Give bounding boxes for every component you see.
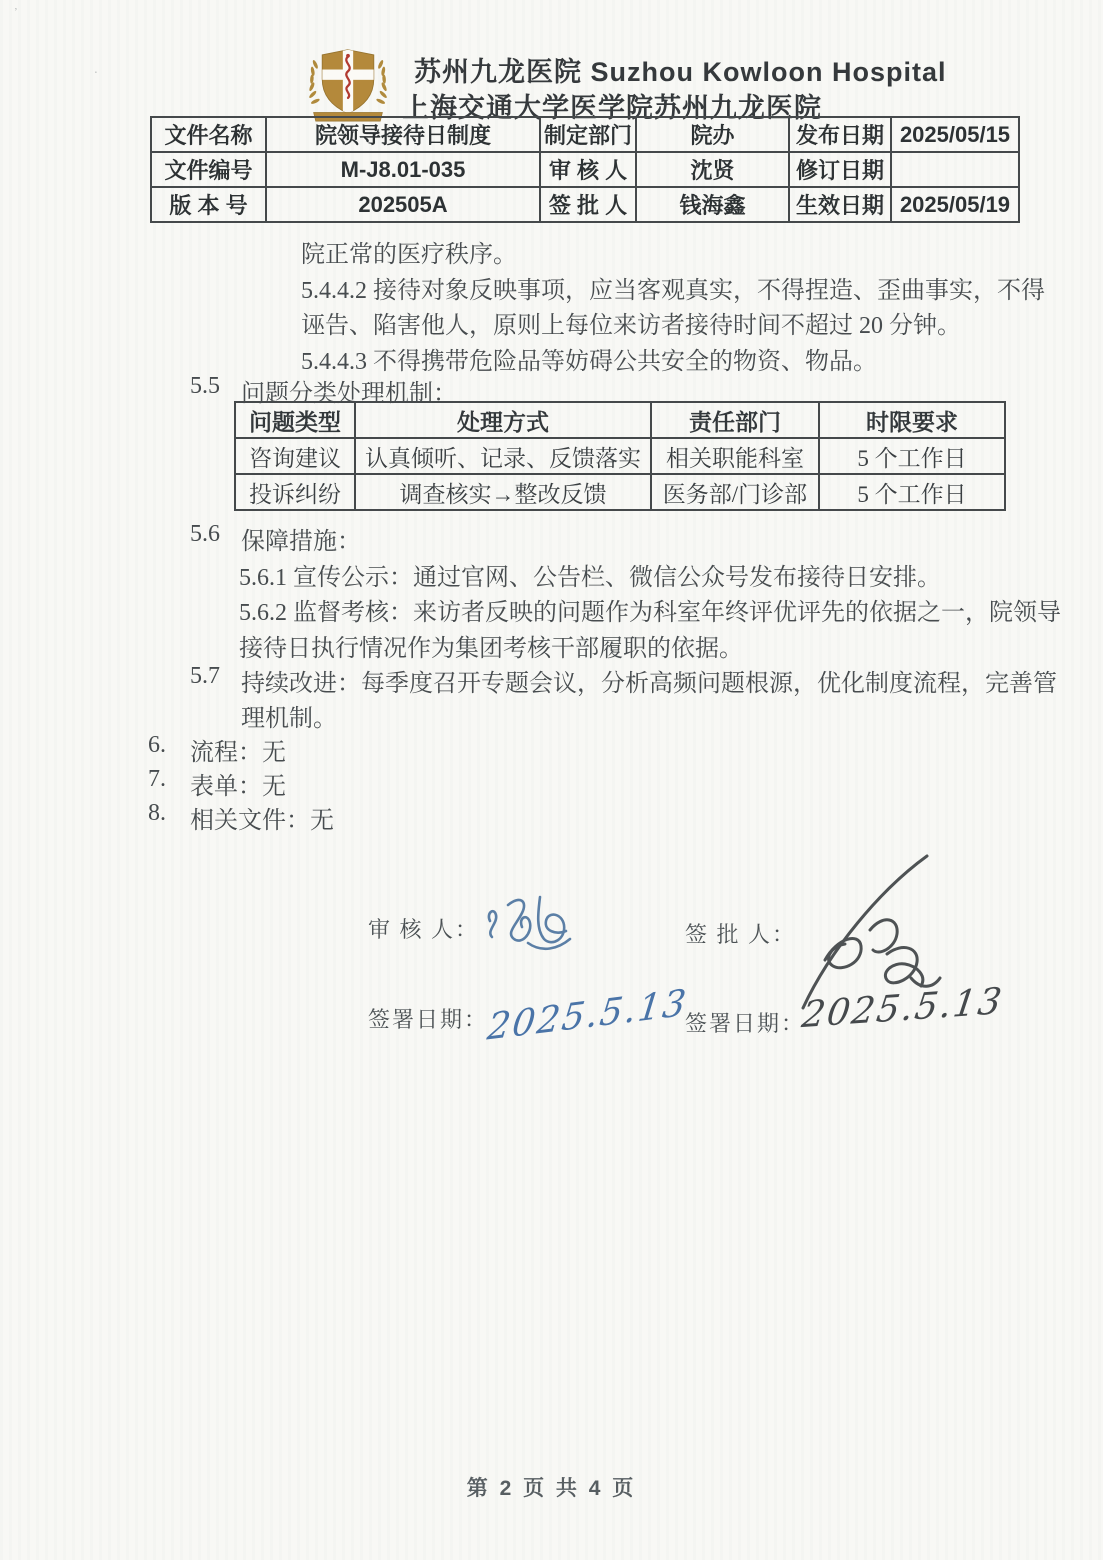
meta-value-approver: 钱海鑫 bbox=[636, 187, 789, 222]
body-carryover-line: 院正常的医疗秩序。 bbox=[301, 234, 517, 269]
reviewer-signature bbox=[478, 882, 578, 954]
meta-label-approver: 签 批 人 bbox=[540, 187, 636, 222]
meta-label-version: 版 本 号 bbox=[151, 187, 266, 222]
issue-cell: 5 个工作日 bbox=[819, 438, 1005, 474]
item-7-text: 表单：无 bbox=[190, 766, 286, 801]
page-number-indicator: 第 2 页 共 4 页 bbox=[0, 1472, 1103, 1502]
reviewer-date-value: 2025.5.13 bbox=[485, 982, 690, 1048]
clause-57-line1: 持续改进：每季度召开专题会议，分析高频问题根源，优化制度流程，完善管 bbox=[241, 663, 1057, 698]
clause-562-line1: 5.6.2 监督考核：来访者反映的问题作为科室年终评优评先的依据之一，院领导 bbox=[239, 592, 1061, 627]
meta-value-issue-date: 2025/05/15 bbox=[891, 117, 1019, 152]
hospital-crest-logo bbox=[305, 46, 391, 124]
issue-row-consult: 咨询建议 认真倾听、记录、反馈落实 相关职能科室 5 个工作日 bbox=[235, 438, 1005, 474]
issue-cell: 相关职能科室 bbox=[651, 438, 819, 474]
clause-56-number: 5.6 bbox=[190, 521, 220, 548]
clause-55-number: 5.5 bbox=[190, 373, 220, 400]
meta-label-doc-number: 文件编号 bbox=[151, 152, 266, 187]
clause-562-line2: 接待日执行情况作为集团考核干部履职的依据。 bbox=[239, 628, 743, 663]
meta-value-doc-number: M-J8.01-035 bbox=[266, 152, 540, 187]
document-meta-table: 文件名称 院领导接待日制度 制定部门 院办 发布日期 2025/05/15 文件… bbox=[150, 116, 1020, 223]
clause-57-number: 5.7 bbox=[190, 663, 220, 690]
issue-handling-table: 问题类型 处理方式 责任部门 时限要求 咨询建议 认真倾听、记录、反馈落实 相关… bbox=[234, 401, 1006, 511]
reviewer-label: 审 核 人： bbox=[368, 913, 479, 944]
meta-label-revision-date: 修订日期 bbox=[789, 152, 891, 187]
issue-cell: 医务部/门诊部 bbox=[651, 474, 819, 510]
issue-table-header-row: 问题类型 处理方式 责任部门 时限要求 bbox=[235, 402, 1005, 438]
issue-cell: 咨询建议 bbox=[235, 438, 355, 474]
meta-value-version: 202505A bbox=[266, 187, 540, 222]
laurel-right bbox=[376, 59, 388, 105]
clause-5442-line1: 5.4.4.2 接待对象反映事项，应当客观真实，不得捏造、歪曲事实，不得 bbox=[301, 270, 1045, 305]
meta-value-drafting-dept: 院办 bbox=[636, 117, 789, 152]
meta-label-issue-date: 发布日期 bbox=[789, 117, 891, 152]
meta-row-1: 文件名称 院领导接待日制度 制定部门 院办 发布日期 2025/05/15 bbox=[151, 117, 1019, 152]
issue-col-method: 处理方式 bbox=[355, 402, 651, 438]
meta-value-revision-date bbox=[891, 152, 1019, 187]
item-8-number: 8. bbox=[148, 800, 166, 827]
meta-value-doc-name: 院领导接待日制度 bbox=[266, 117, 540, 152]
scan-speck: ’ bbox=[14, 6, 18, 18]
issue-cell: 调查核实→整改反馈 bbox=[355, 474, 651, 510]
item-6-number: 6. bbox=[148, 732, 166, 759]
document-page: ’ ⋅ bbox=[0, 0, 1103, 1560]
meta-value-reviewer: 沈贤 bbox=[636, 152, 789, 187]
clause-5443: 5.4.4.3 不得携带危险品等妨碍公共安全的物资、物品。 bbox=[301, 341, 877, 376]
issue-col-deadline: 时限要求 bbox=[819, 402, 1005, 438]
clause-561: 5.6.1 宣传公示：通过官网、公告栏、微信公众号发布接待日安排。 bbox=[239, 557, 941, 592]
hospital-title-line1: 苏州九龙医院 Suzhou Kowloon Hospital bbox=[414, 50, 946, 89]
meta-row-2: 文件编号 M-J8.01-035 审 核 人 沈贤 修订日期 bbox=[151, 152, 1019, 187]
meta-row-3: 版 本 号 202505A 签 批 人 钱海鑫 生效日期 2025/05/19 bbox=[151, 187, 1019, 222]
issue-cell: 认真倾听、记录、反馈落实 bbox=[355, 438, 651, 474]
item-6-text: 流程：无 bbox=[190, 732, 286, 767]
issue-col-type: 问题类型 bbox=[235, 402, 355, 438]
issue-cell: 5 个工作日 bbox=[819, 474, 1005, 510]
meta-label-drafting-dept: 制定部门 bbox=[540, 117, 636, 152]
meta-label-effective-date: 生效日期 bbox=[789, 187, 891, 222]
issue-col-dept: 责任部门 bbox=[651, 402, 819, 438]
reviewer-date-label: 签署日期： bbox=[368, 1003, 488, 1034]
clause-56-text: 保障措施： bbox=[241, 521, 361, 556]
meta-label-doc-name: 文件名称 bbox=[151, 117, 266, 152]
meta-value-effective-date: 2025/05/19 bbox=[891, 187, 1019, 222]
clause-57-line2: 理机制。 bbox=[241, 698, 337, 733]
serpent-head bbox=[346, 54, 350, 58]
item-8-text: 相关文件：无 bbox=[190, 800, 334, 835]
issue-cell: 投诉纠纷 bbox=[235, 474, 355, 510]
item-7-number: 7. bbox=[148, 766, 166, 793]
scan-speck: ⋅ bbox=[94, 66, 98, 79]
laurel-left bbox=[308, 59, 320, 105]
clause-5442-line2: 诬告、陷害他人，原则上每位来访者接待时间不超过 20 分钟。 bbox=[301, 305, 961, 340]
issue-row-complaint: 投诉纠纷 调查核实→整改反馈 医务部/门诊部 5 个工作日 bbox=[235, 474, 1005, 510]
approver-date-label: 签署日期： bbox=[685, 1007, 805, 1038]
meta-label-reviewer: 审 核 人 bbox=[540, 152, 636, 187]
